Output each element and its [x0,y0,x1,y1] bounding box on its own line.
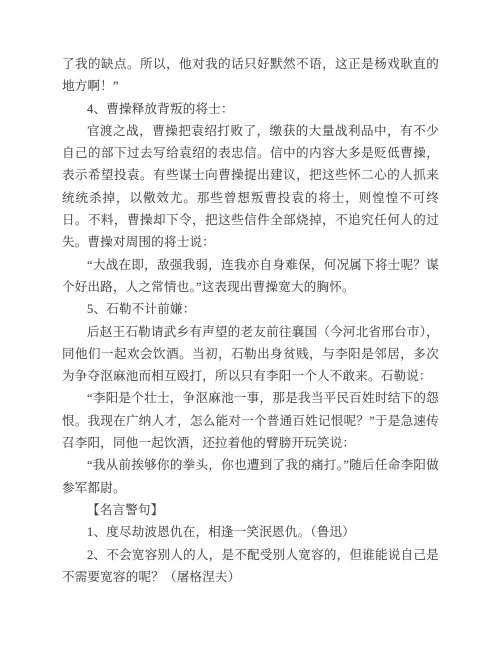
document-body: 了我的缺点。所以，他对我的话只好默然不语，这正是杨戏耿直的地方啊！”4、曹操释放… [62,53,439,588]
paragraph: “李阳是个壮士，争沤麻池一事，那是我当平民百姓时结下的怨恨。我现在广纳人才，怎么… [62,387,439,454]
paragraph: “大战在即，敌强我弱，连我亦自身难保，何况属下将士呢？谋个好出路，人之常情也。”… [62,254,439,299]
paragraph: “我从前挨够你的拳头，你也遭到了我的痛打。”随后任命李阳做参军都尉。 [62,454,439,499]
paragraph: 2、不会宽容别人的人，是不配受别人宽容的，但谁能说自己是不需要宽容的呢？（屠格涅… [62,544,439,589]
paragraph: 1、度尽劫波恩仇在，相逢一笑泯恩仇。（鲁迅） [62,521,439,543]
paragraph: 了我的缺点。所以，他对我的话只好默然不语，这正是杨戏耿直的地方啊！” [62,53,439,98]
paragraph: 5、石勒不计前嫌： [62,298,439,320]
paragraph: 官渡之战，曹操把袁绍打败了，缴获的大量战利品中，有不少自己的部下过去写给袁绍的表… [62,120,439,254]
document-page: 了我的缺点。所以，他对我的话只好默然不语，这正是杨戏耿直的地方啊！”4、曹操释放… [0,0,500,647]
paragraph: 【名言警句】 [62,499,439,521]
paragraph: 后赵王石勒请武乡有声望的老友前往襄国（今河北省邢台市），同他们一起欢会饮酒。当初… [62,321,439,388]
paragraph: 4、曹操释放背叛的将士： [62,98,439,120]
